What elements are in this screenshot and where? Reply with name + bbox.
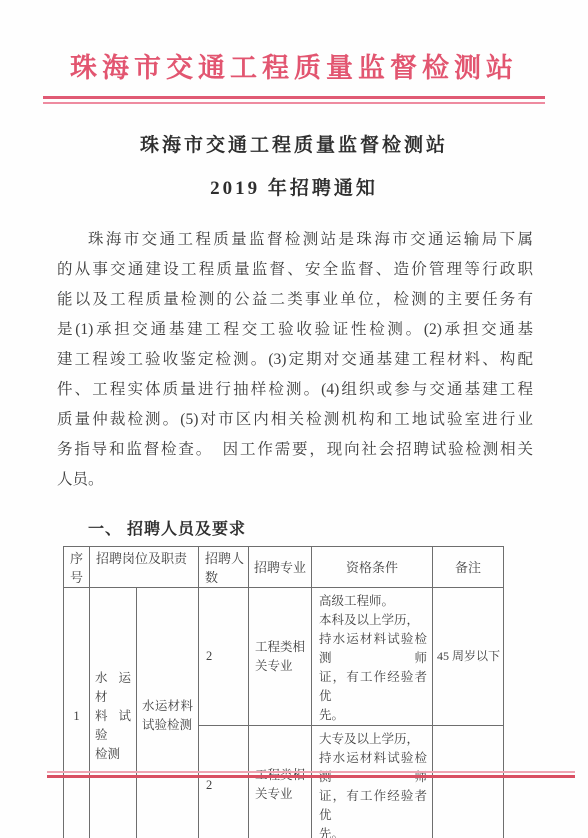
- cell-line: 料试验: [95, 707, 131, 745]
- paragraph-line: 建工程竣工验收鉴定检测。(3)定期对交通基建工程材料、构配: [57, 345, 533, 375]
- paragraph-line: 务指导和监督检查。 因工作需要，现向社会招聘试验检测相关: [57, 435, 533, 465]
- paragraph-line: 是(1)承担交通基建工程交工验收验证性检测。(2)承担交通基: [57, 315, 533, 345]
- col-header-no: 序号: [64, 547, 90, 588]
- cell-line: 工程类相: [255, 638, 305, 657]
- cell-line: 持水运材料试验检测师: [319, 630, 427, 668]
- cell-line: 高级工程师。: [319, 592, 427, 611]
- col-header-count: 招聘人数: [199, 547, 249, 588]
- col-header-major: 招聘专业: [249, 547, 312, 588]
- cell-line: 先。: [319, 706, 427, 725]
- footer-rule-thin: [47, 771, 575, 773]
- document-page: 珠海市交通工程质量监督检测站 珠海市交通工程质量监督检测站 2019 年招聘通知…: [0, 0, 588, 838]
- letterhead-rule-thick: [43, 96, 545, 99]
- recruitment-table: 序号 招聘岗位及职责 招聘人数 招聘专业 资格条件 备注 1 水运材 料试验 检…: [63, 546, 504, 838]
- cell-count: 2: [199, 726, 249, 838]
- footer-rule: [47, 771, 575, 778]
- cell-line: 证，有工作经验者优: [319, 787, 427, 825]
- cell-note: 45 周岁以下: [433, 588, 504, 726]
- cell-line: 关专业: [255, 657, 305, 676]
- paragraph-line: 能以及工程质量检测的公益二类事业单位，检测的主要任务有: [57, 285, 533, 315]
- cell-line: 大专及以上学历，: [319, 730, 427, 749]
- cell-line: 关专业: [255, 785, 305, 804]
- table-header-row: 序号 招聘岗位及职责 招聘人数 招聘专业 资格条件 备注: [64, 547, 504, 588]
- cell-line: 持水运材料试验检测师: [319, 749, 427, 787]
- cell-count: 2: [199, 588, 249, 726]
- cell-line: 水运材料: [142, 697, 193, 716]
- paragraph-line: 珠海市交通工程质量监督检测站是珠海市交通运输局下属: [57, 225, 533, 255]
- cell-line: 本科及以上学历，: [319, 611, 427, 630]
- cell-post-item: 水运材料 试验检测: [137, 588, 199, 838]
- cell-serial-no: 1: [64, 588, 90, 838]
- col-header-note: 备注: [433, 547, 504, 588]
- letterhead-rule: [43, 96, 545, 104]
- intro-paragraph: 珠海市交通工程质量监督检测站是珠海市交通运输局下属 的从事交通建设工程质量监督、…: [57, 225, 533, 495]
- cell-line: 试验检测: [142, 716, 193, 735]
- cell-line: 证，有工作经验者优: [319, 668, 427, 706]
- section-heading: 一、 招聘人员及要求: [88, 516, 588, 539]
- cell-qualification: 大专及以上学历， 持水运材料试验检测师 证，有工作经验者优 先。: [312, 726, 433, 838]
- cell-line: 先。: [319, 825, 427, 838]
- doc-title-line1: 珠海市交通工程质量监督检测站: [0, 130, 588, 157]
- cell-note: [433, 726, 504, 838]
- cell-qualification: 高级工程师。 本科及以上学历， 持水运材料试验检测师 证，有工作经验者优 先。: [312, 588, 433, 726]
- paragraph-line: 件、工程实体质量进行抽样检测。(4)组织或参与交通基建工程: [57, 375, 533, 405]
- cell-major: 工程类相 关专业: [249, 588, 312, 726]
- paragraph-line: 质量仲裁检测。(5)对市区内相关检测机构和工地试验室进行业: [57, 405, 533, 435]
- table-row: 1 水运材 料试验 检测 水运材料 试验检测 2 工程类相 关专业 高级工程师。: [64, 588, 504, 726]
- doc-title-line2: 2019 年招聘通知: [0, 173, 588, 200]
- letterhead-title: 珠海市交通工程质量监督检测站: [0, 0, 588, 85]
- col-header-post: 招聘岗位及职责: [90, 547, 199, 588]
- paragraph-line: 的从事交通建设工程质量监督、安全监督、造价管理等行政职: [57, 255, 533, 285]
- letterhead-rule-thin: [43, 102, 545, 104]
- cell-post-group: 水运材 料试验 检测: [90, 588, 137, 838]
- cell-major: 工程类相 关专业: [249, 726, 312, 838]
- paragraph-line: 人员。: [57, 465, 533, 495]
- col-header-qualification: 资格条件: [312, 547, 433, 588]
- cell-line: 检测: [95, 745, 131, 764]
- cell-line: 水运材: [95, 669, 131, 707]
- footer-rule-thick: [47, 775, 575, 778]
